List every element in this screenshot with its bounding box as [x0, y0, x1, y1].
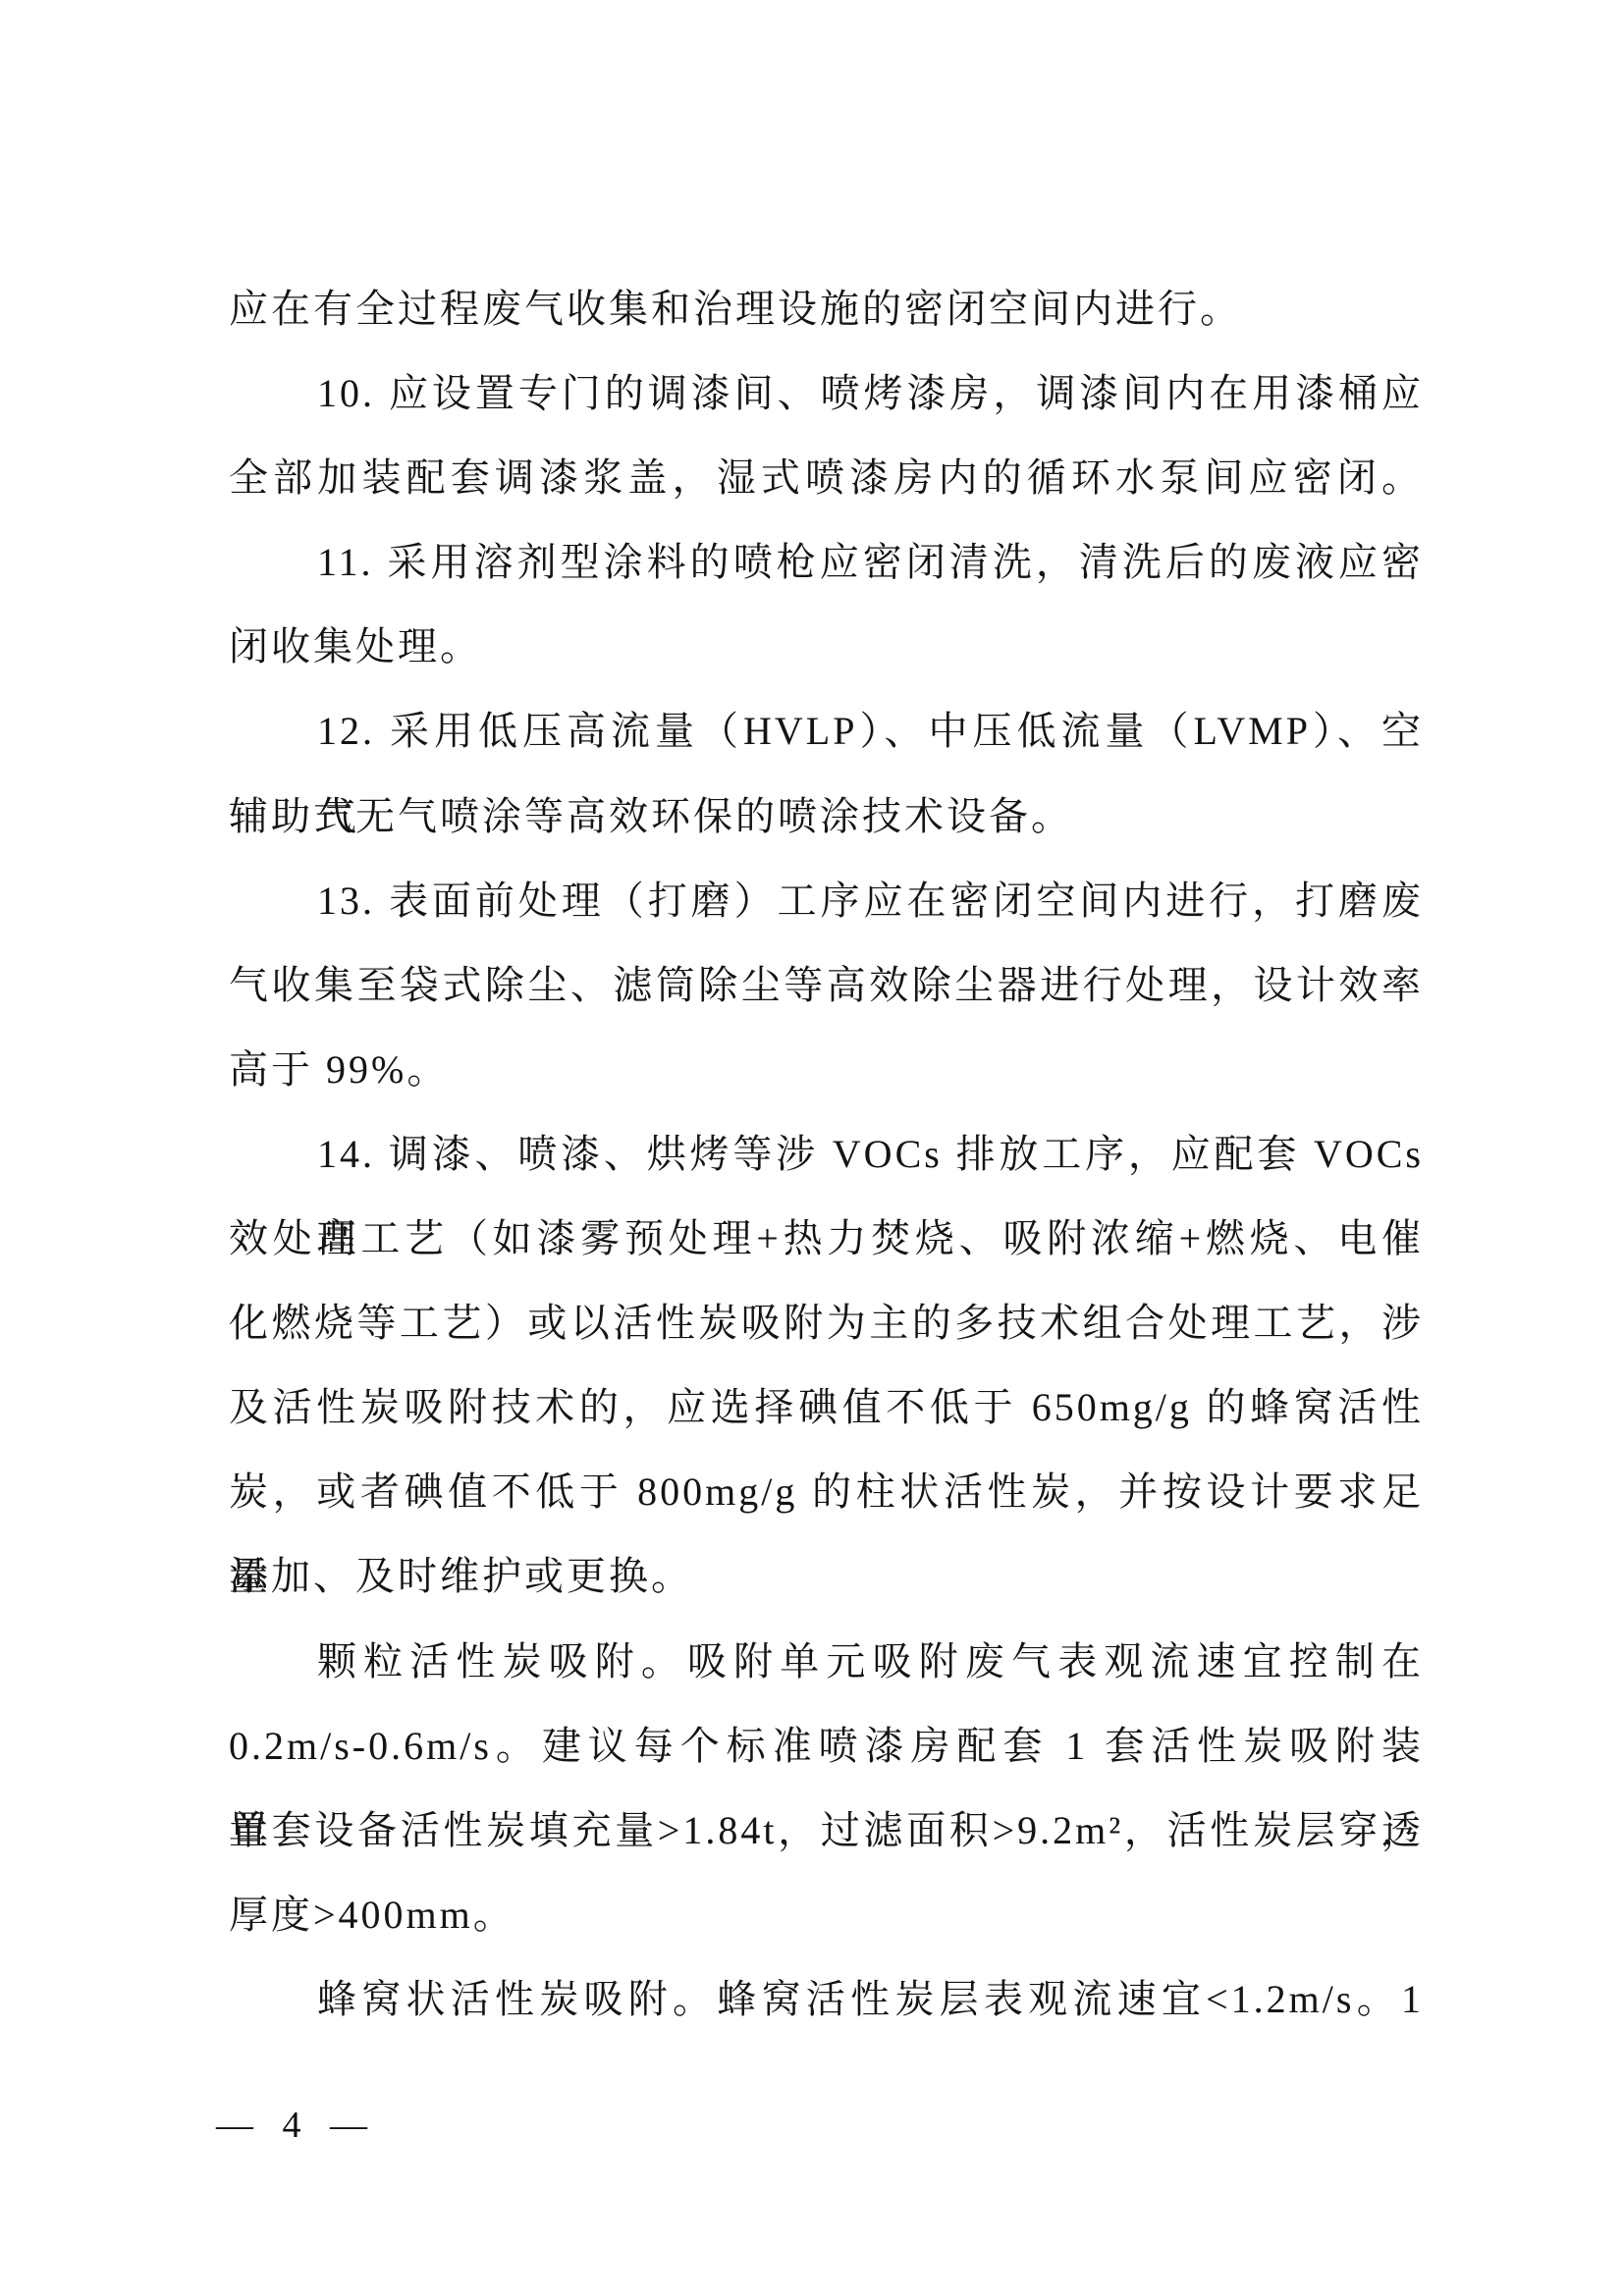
- text-line: 颗粒活性炭吸附。吸附单元吸附废气表观流速宜控制在: [229, 1620, 1424, 1704]
- page-number: — 4 —: [216, 2101, 377, 2150]
- text-line: 高于 99%。: [229, 1028, 1424, 1112]
- text-line: 单套设备活性炭填充量>1.84t，过滤面积>9.2m²，活性炭层穿透: [229, 1789, 1424, 1873]
- text-line: 11. 采用溶剂型涂料的喷枪应密闭清洗，清洗后的废液应密: [229, 520, 1424, 605]
- document-page: 应在有全过程废气收集和治理设施的密闭空间内进行。 10. 应设置专门的调漆间、喷…: [0, 0, 1623, 2296]
- text-line: 应在有全过程废气收集和治理设施的密闭空间内进行。: [229, 267, 1424, 351]
- text-line: 10. 应设置专门的调漆间、喷烤漆房，调漆间内在用漆桶应: [229, 351, 1424, 436]
- text-line: 气收集至袋式除尘、滤筒除尘等高效除尘器进行处理，设计效率: [229, 943, 1424, 1028]
- text-line: 14. 调漆、喷漆、烘烤等涉 VOCs 排放工序，应配套 VOCs 高: [229, 1112, 1424, 1197]
- text-line: 辅助式无气喷涂等高效环保的喷涂技术设备。: [229, 774, 1424, 859]
- text-line: 添加、及时维护或更换。: [229, 1534, 1424, 1619]
- text-line: 厚度>400mm。: [229, 1873, 1424, 1957]
- text-line: 13. 表面前处理（打磨）工序应在密闭空间内进行，打磨废: [229, 859, 1424, 943]
- document-body: 应在有全过程废气收集和治理设施的密闭空间内进行。 10. 应设置专门的调漆间、喷…: [229, 267, 1424, 2042]
- text-line: 蜂窝状活性炭吸附。蜂窝活性炭层表观流速宜<1.2m/s。1: [229, 1957, 1424, 2042]
- text-line: 全部加装配套调漆浆盖，湿式喷漆房内的循环水泵间应密闭。: [229, 436, 1424, 520]
- text-line: 0.2m/s-0.6m/s。建议每个标准喷漆房配套 1 套活性炭吸附装置，: [229, 1704, 1424, 1789]
- text-line: 炭，或者碘值不低于 800mg/g 的柱状活性炭，并按设计要求足量: [229, 1450, 1424, 1534]
- text-line: 效处理工艺（如漆雾预处理+热力焚烧、吸附浓缩+燃烧、电催: [229, 1197, 1424, 1281]
- text-line: 化燃烧等工艺）或以活性炭吸附为主的多技术组合处理工艺，涉: [229, 1281, 1424, 1365]
- text-line: 12. 采用低压高流量（HVLP）、中压低流量（LVMP）、空气: [229, 689, 1424, 774]
- text-line: 闭收集处理。: [229, 605, 1424, 689]
- text-line: 及活性炭吸附技术的，应选择碘值不低于 650mg/g 的蜂窝活性: [229, 1365, 1424, 1450]
